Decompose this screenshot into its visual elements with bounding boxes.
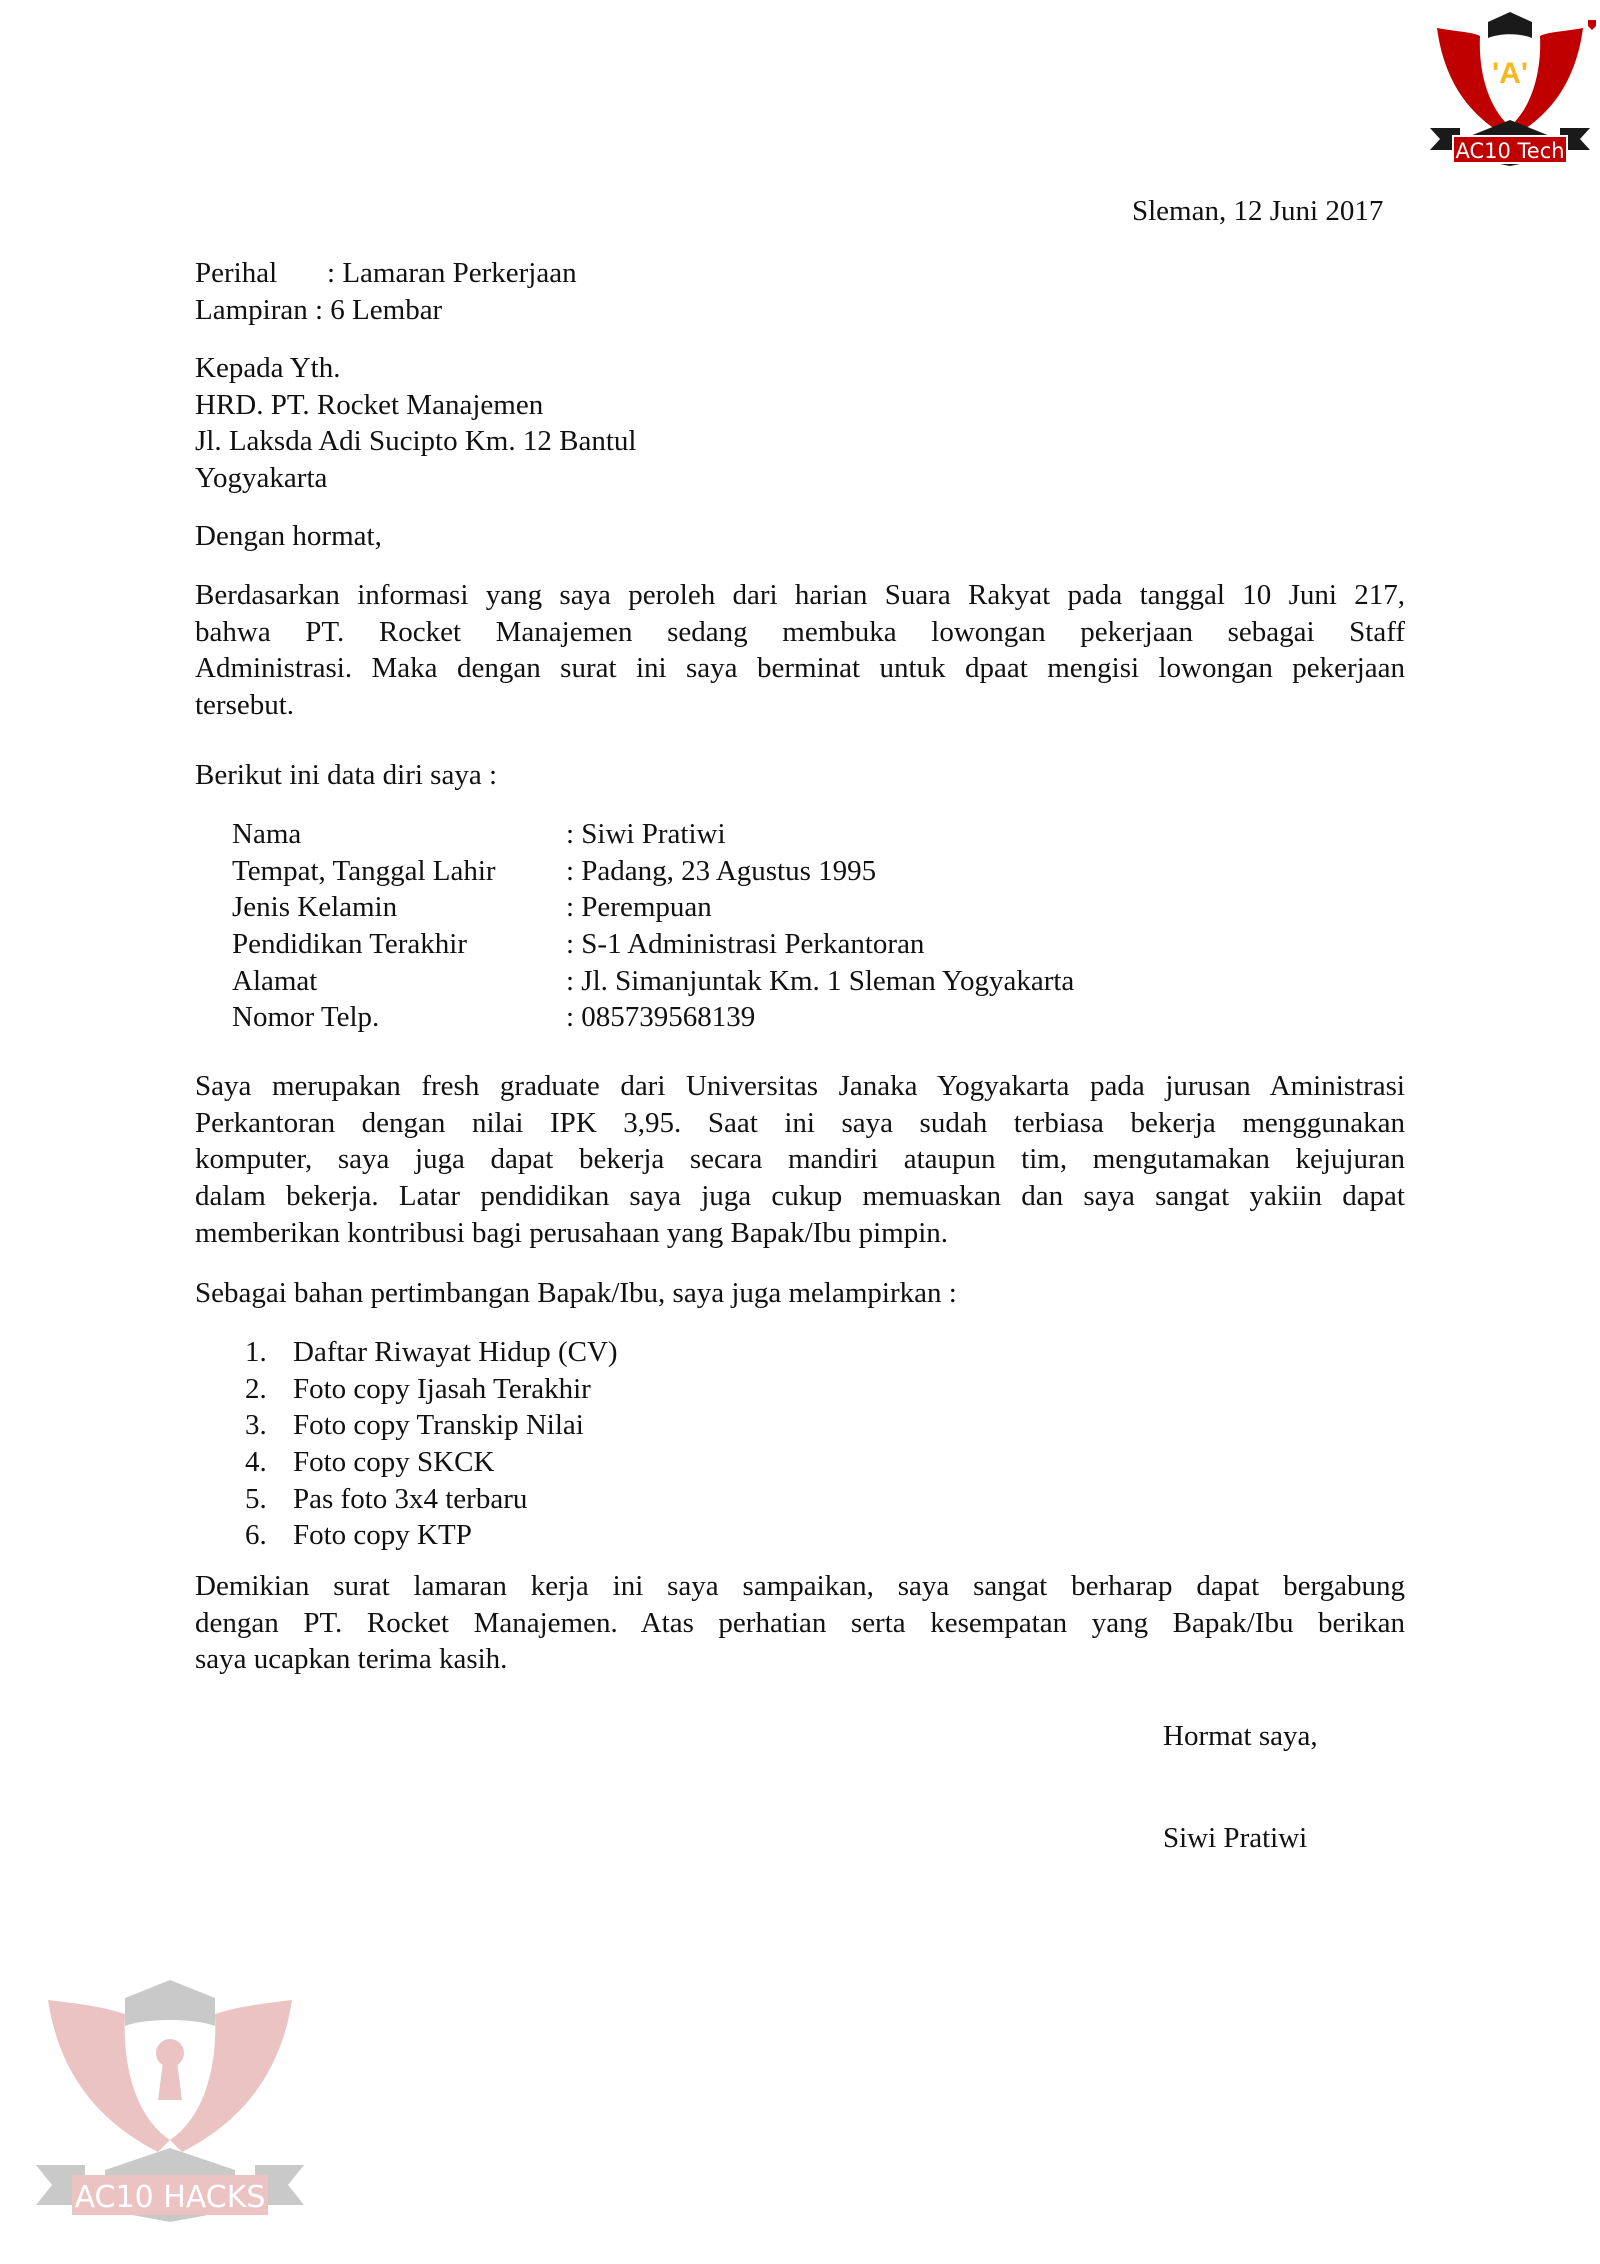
paragraph-line: Berdasarkan informasi yang saya peroleh …: [195, 577, 1405, 614]
list-item: 2. Foto copy Ijasah Terakhir: [245, 1371, 945, 1408]
lampiran-sep: :: [315, 294, 323, 326]
data-row-education: Pendidikan Terakhir : S-1 Administrasi P…: [232, 926, 1232, 963]
attachments-intro: Sebagai bahan pertimbangan Bapak/Ibu, sa…: [195, 1275, 957, 1312]
list-text: Foto copy SKCK: [293, 1444, 494, 1481]
paragraph-line: Demikian surat lamaran kerja ini saya sa…: [195, 1568, 1405, 1605]
perihal-label: Perihal: [195, 255, 327, 292]
list-number: 3.: [245, 1407, 267, 1444]
signature-name: Siwi Pratiwi: [1163, 1820, 1307, 1857]
list-number: 2.: [245, 1371, 267, 1408]
list-text: Foto copy KTP: [293, 1517, 472, 1554]
data-value: : Jl. Simanjuntak Km. 1 Sleman Yogyakart…: [566, 963, 1074, 1000]
list-text: Pas foto 3x4 terbaru: [293, 1481, 527, 1518]
recipient-address: Kepada Yth. HRD. PT. Rocket Manajemen Jl…: [195, 350, 636, 497]
paragraph-line: tersebut.: [195, 687, 1405, 724]
list-text: Foto copy Transkip Nilai: [293, 1407, 584, 1444]
personal-data-table: Nama : Siwi Pratiwi Tempat, Tanggal Lahi…: [232, 816, 1232, 1036]
paragraph-qualifications: Saya merupakan fresh graduate dari Unive…: [195, 1068, 1405, 1251]
paragraph-intro: Berdasarkan informasi yang saya peroleh …: [195, 577, 1405, 724]
lampiran-row: Lampiran : 6 Lembar: [195, 292, 442, 329]
list-number: 1.: [245, 1334, 267, 1371]
shield-logo-icon: 'A' AC10 Tech: [1420, 8, 1600, 170]
data-label: Nomor Telp.: [232, 999, 379, 1036]
attachments-list: 1. Daftar Riwayat Hidup (CV) 2. Foto cop…: [245, 1334, 945, 1554]
paragraph-line: memberikan kontribusi bagi perusahaan ya…: [195, 1215, 1405, 1252]
data-intro: Berikut ini data diri saya :: [195, 757, 497, 794]
list-number: 4.: [245, 1444, 267, 1481]
salutation: Dengan hormat,: [195, 518, 382, 555]
place-date: Sleman, 12 Juni 2017: [1132, 193, 1383, 230]
data-row-gender: Jenis Kelamin : Perempuan: [232, 889, 1232, 926]
data-row-phone: Nomor Telp. : 085739568139: [232, 999, 1232, 1036]
paragraph-line: Perkantoran dengan nilai IPK 3,95. Saat …: [195, 1105, 1405, 1142]
list-item: 5. Pas foto 3x4 terbaru: [245, 1481, 945, 1518]
signoff: Hormat saya,: [1163, 1718, 1318, 1755]
perihal-sep: :: [327, 257, 335, 289]
svg-text:AC10 HACKS: AC10 HACKS: [75, 2180, 266, 2215]
recipient-line: Jl. Laksda Adi Sucipto Km. 12 Bantul: [195, 423, 636, 460]
paragraph-line: bahwa PT. Rocket Manajemen sedang membuk…: [195, 614, 1405, 651]
list-item: 4. Foto copy SKCK: [245, 1444, 945, 1481]
data-row-name: Nama : Siwi Pratiwi: [232, 816, 1232, 853]
perihal-value: Lamaran Perkerjaan: [342, 257, 576, 289]
list-text: Foto copy Ijasah Terakhir: [293, 1371, 591, 1408]
list-number: 5.: [245, 1481, 267, 1518]
perihal-row: Perihal: Lamaran Perkerjaan: [195, 255, 577, 292]
list-text: Daftar Riwayat Hidup (CV): [293, 1334, 618, 1371]
paragraph-line: Administrasi. Maka dengan surat ini saya…: [195, 650, 1405, 687]
lampiran-label: Lampiran: [195, 294, 308, 326]
data-row-birth: Tempat, Tanggal Lahir : Padang, 23 Agust…: [232, 853, 1232, 890]
paragraph-line: komputer, saya juga dapat bekerja secara…: [195, 1141, 1405, 1178]
svg-text:'A': 'A': [1492, 57, 1528, 90]
data-value: : 085739568139: [566, 999, 755, 1036]
lampiran-value: 6 Lembar: [330, 294, 442, 326]
data-label: Jenis Kelamin: [232, 889, 397, 926]
data-value: : S-1 Administrasi Perkantoran: [566, 926, 924, 963]
paragraph-line: dalam bekerja. Latar pendidikan saya jug…: [195, 1178, 1405, 1215]
svg-text:AC10 Tech: AC10 Tech: [1455, 139, 1564, 163]
list-item: 1. Daftar Riwayat Hidup (CV): [245, 1334, 945, 1371]
list-number: 6.: [245, 1517, 267, 1554]
recipient-line: HRD. PT. Rocket Manajemen: [195, 387, 636, 424]
data-label: Alamat: [232, 963, 317, 1000]
data-row-address: Alamat : Jl. Simanjuntak Km. 1 Sleman Yo…: [232, 963, 1232, 1000]
list-item: 3. Foto copy Transkip Nilai: [245, 1407, 945, 1444]
paragraph-line: Saya merupakan fresh graduate dari Unive…: [195, 1068, 1405, 1105]
paragraph-line: saya ucapkan terima kasih.: [195, 1641, 1405, 1678]
data-label: Pendidikan Terakhir: [232, 926, 467, 963]
data-value: : Siwi Pratiwi: [566, 816, 726, 853]
recipient-line: Kepada Yth.: [195, 350, 636, 387]
list-item: 6. Foto copy KTP: [245, 1517, 945, 1554]
paragraph-closing: Demikian surat lamaran kerja ini saya sa…: [195, 1568, 1405, 1678]
shield-keyhole-icon: AC10 HACKS: [30, 1970, 310, 2230]
data-value: : Perempuan: [566, 889, 712, 926]
data-label: Tempat, Tanggal Lahir: [232, 853, 496, 890]
data-value: : Padang, 23 Agustus 1995: [566, 853, 876, 890]
recipient-line: Yogyakarta: [195, 460, 636, 497]
paragraph-line: dengan PT. Rocket Manajemen. Atas perhat…: [195, 1605, 1405, 1642]
data-label: Nama: [232, 816, 301, 853]
